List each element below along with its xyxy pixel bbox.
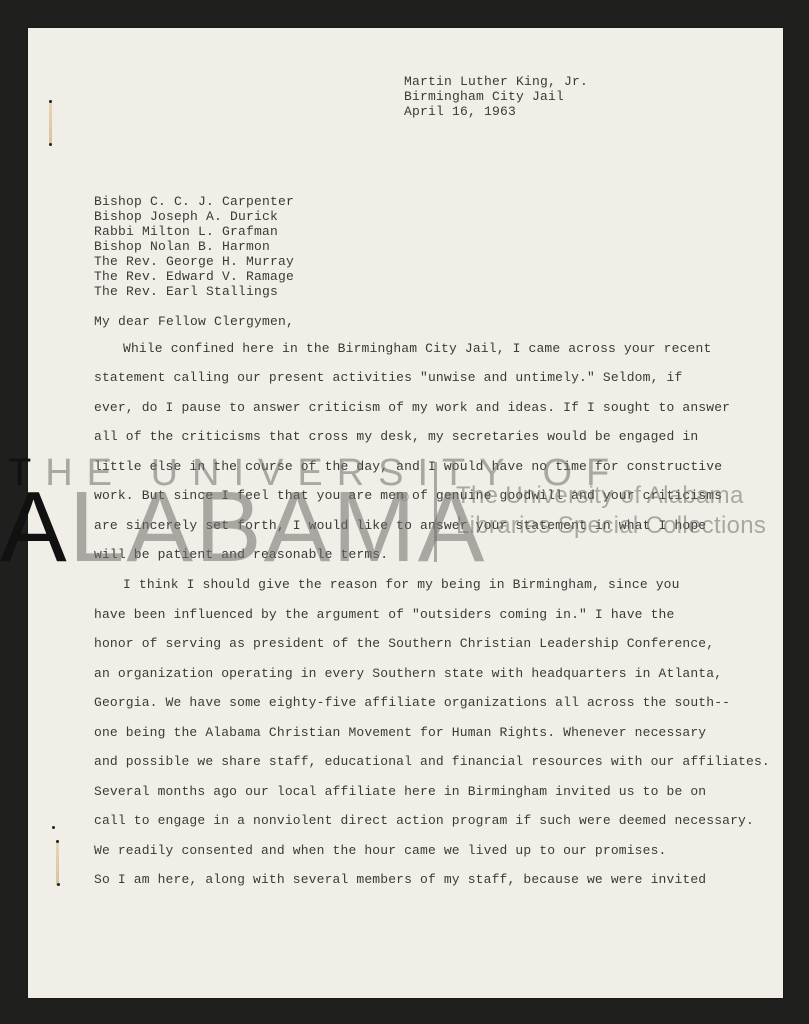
- location-line: Birmingham City Jail: [404, 89, 588, 104]
- watermark-divider: [434, 462, 437, 562]
- staple-mark-top: [49, 100, 52, 146]
- recipient: Bishop C. C. J. Carpenter: [94, 194, 294, 209]
- recipient: Bishop Nolan B. Harmon: [94, 239, 294, 254]
- body-line: one being the Alabama Christian Movement…: [94, 725, 706, 740]
- staple-hole: [49, 100, 52, 103]
- registered-mark: ®: [400, 490, 409, 504]
- body-line: While confined here in the Birmingham Ci…: [123, 341, 711, 356]
- recipient-list: Bishop C. C. J. Carpenter Bishop Joseph …: [94, 194, 294, 299]
- body-line: We readily consented and when the hour c…: [94, 843, 667, 858]
- recipient: Bishop Joseph A. Durick: [94, 209, 294, 224]
- recipient: The Rev. Edward V. Ramage: [94, 269, 294, 284]
- watermark-main-rest: LABAMA: [69, 471, 487, 583]
- watermark-main-line: ALABAMA: [0, 482, 486, 572]
- body-line: ever, do I pause to answer criticism of …: [94, 400, 730, 415]
- staple-mark-bottom: [56, 840, 59, 886]
- recipient: Rabbi Milton L. Grafman: [94, 224, 294, 239]
- watermark-right-line2: Libraries Special Collections: [456, 512, 766, 540]
- staple-hole: [49, 143, 52, 146]
- body-line: all of the criticisms that cross my desk…: [94, 429, 698, 444]
- body-line: and possible we share staff, educational…: [94, 754, 770, 769]
- salutation: My dear Fellow Clergymen,: [94, 314, 294, 329]
- recipient: The Rev. George H. Murray: [94, 254, 294, 269]
- staple-hole: [56, 840, 59, 843]
- body-line: Georgia. We have some eighty-five affili…: [94, 695, 730, 710]
- body-line: an organization operating in every South…: [94, 666, 722, 681]
- recipient: The Rev. Earl Stallings: [94, 284, 294, 299]
- author-line: Martin Luther King, Jr.: [404, 74, 588, 89]
- body-line: Several months ago our local affiliate h…: [94, 784, 706, 799]
- watermark-right-line1: The University of Alabama: [456, 482, 744, 510]
- body-line: honor of serving as president of the Sou…: [94, 636, 714, 651]
- body-line: have been influenced by the argument of …: [94, 607, 674, 622]
- staple-hole: [57, 883, 60, 886]
- date-line: April 16, 1963: [404, 104, 588, 119]
- body-line: call to engage in a nonviolent direct ac…: [94, 813, 754, 828]
- body-line: statement calling our present activities…: [94, 370, 682, 385]
- letter-header: Martin Luther King, Jr. Birmingham City …: [404, 74, 588, 119]
- staple-hole: [52, 826, 55, 829]
- body-line: So I am here, along with several members…: [94, 872, 706, 887]
